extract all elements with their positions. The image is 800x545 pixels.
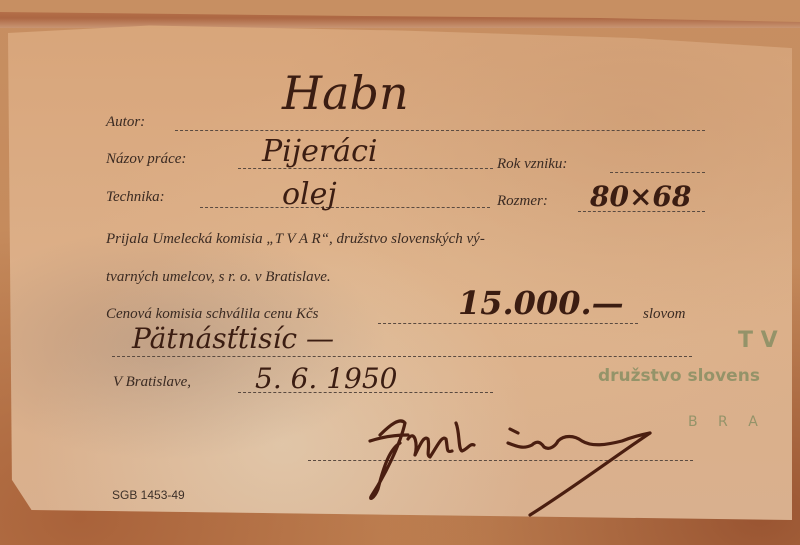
statement-line-2: tvarných umelcov, s r. o. v Bratislave. bbox=[106, 269, 331, 286]
year-line bbox=[610, 172, 705, 173]
technique-label: Technika: bbox=[106, 189, 165, 206]
stamp-line-2: družstvo slovens bbox=[598, 366, 760, 386]
author-line bbox=[175, 130, 705, 131]
author-value: Habn bbox=[282, 66, 409, 120]
stamp-line-3: B R A bbox=[688, 414, 766, 430]
technique-line bbox=[200, 207, 490, 208]
technique-value: olej bbox=[282, 177, 337, 212]
title-label: Názov práce: bbox=[106, 151, 186, 168]
author-label: Autor: bbox=[106, 114, 145, 131]
price-line bbox=[378, 323, 638, 324]
price-words-line bbox=[112, 356, 692, 357]
title-value: Pijeráci bbox=[262, 134, 377, 169]
print-code: SGB 1453-49 bbox=[112, 488, 185, 502]
place-label: V Bratislave, bbox=[113, 374, 191, 391]
size-value: 80×68 bbox=[590, 180, 691, 213]
price-value: 15.000.— bbox=[458, 284, 624, 322]
price-words-value: Pätnásťtisíc — bbox=[132, 322, 334, 355]
date-value: 5. 6. 1950 bbox=[255, 362, 398, 395]
price-label: Cenová komisia schválila cenu Kčs bbox=[106, 306, 318, 323]
statement-line-1: Prijala Umelecká komisia „T V A R“, druž… bbox=[106, 231, 485, 248]
stamp-line-1: T V bbox=[738, 328, 778, 353]
price-words-label: slovom bbox=[643, 306, 686, 323]
size-label: Rozmer: bbox=[497, 193, 548, 210]
signature bbox=[360, 405, 670, 520]
year-label: Rok vzniku: bbox=[497, 156, 567, 173]
